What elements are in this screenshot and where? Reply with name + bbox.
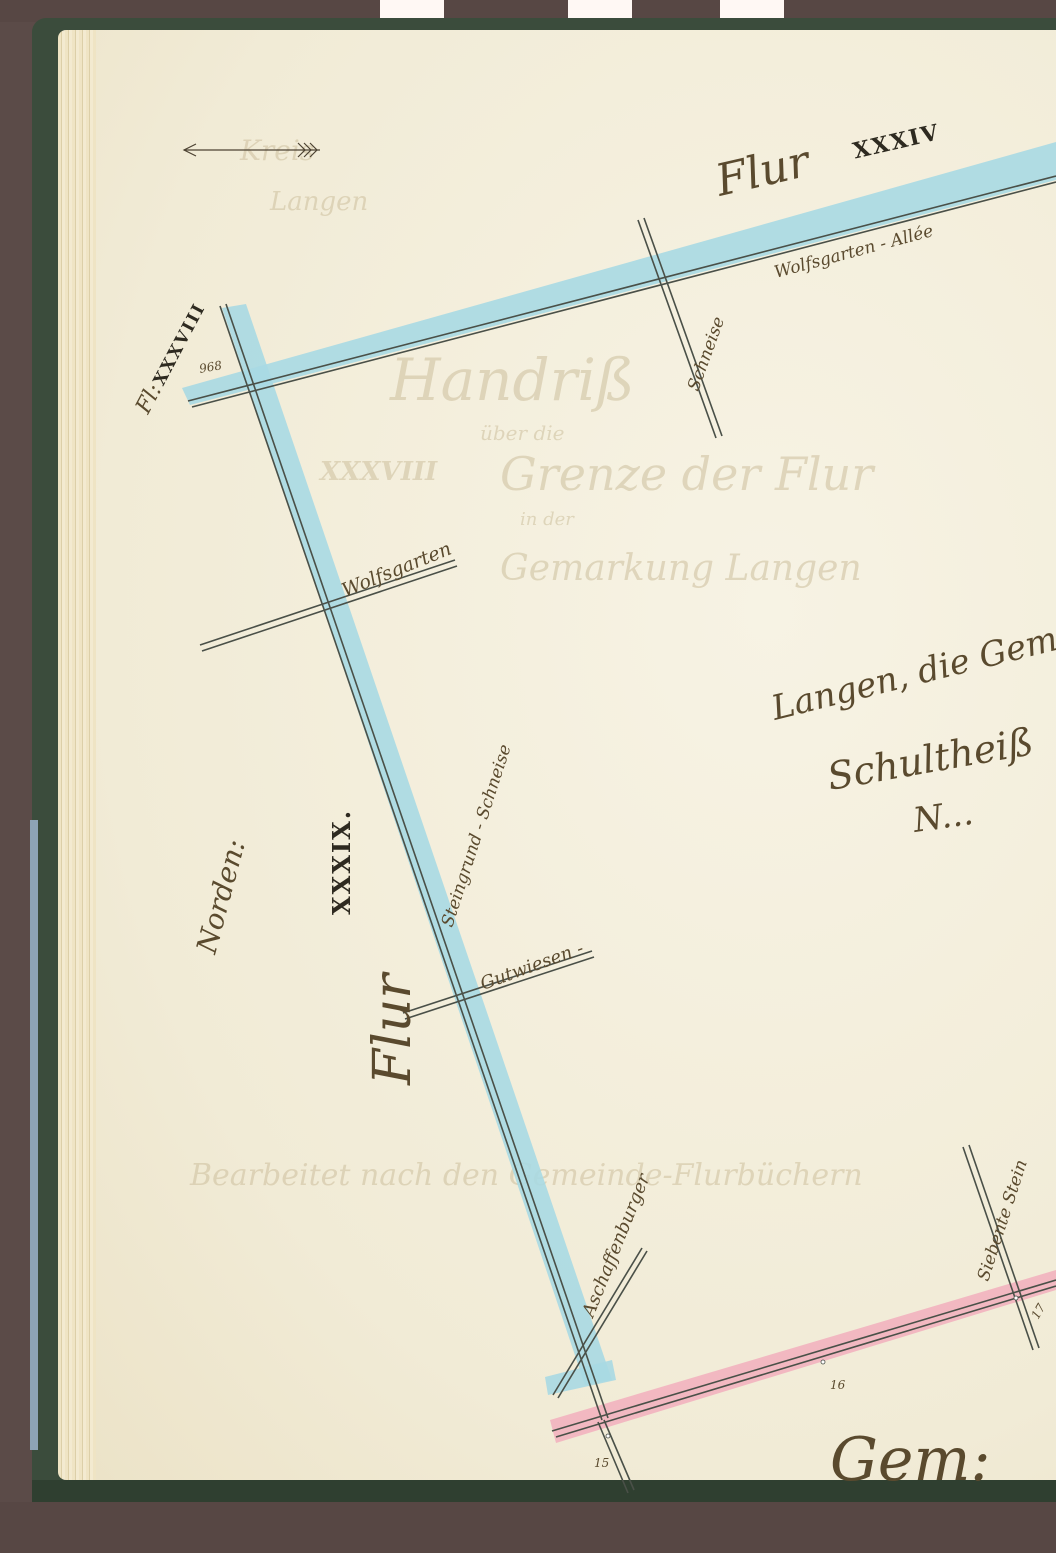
flur-word: Flur <box>363 971 423 1086</box>
road-label: Steingrund - Schneise <box>438 742 516 929</box>
ghost-line: Gemarkung Langen <box>500 548 862 589</box>
boundary-stone-marker <box>1014 1296 1018 1300</box>
ghost-line: Grenze der Flur <box>500 447 876 501</box>
road-label: Gutwiesen - <box>478 938 587 995</box>
signature-line: Langen, die Gem... <box>767 611 1056 729</box>
flur-word: Flur <box>710 135 817 207</box>
gemarkung-label: Gem: <box>830 1425 991 1495</box>
boundary-stone-marker <box>821 1360 825 1364</box>
ghost-line: in der <box>520 509 575 530</box>
flur-number: XXXIX. <box>327 809 356 915</box>
ghost-flur: XXXVIII <box>318 457 438 487</box>
road-label: Wolfsgarten <box>339 538 455 602</box>
north-label: Norden: <box>190 836 252 958</box>
boundary-stone-number: 17 <box>1028 1301 1048 1322</box>
ghost-line: über die <box>480 421 564 445</box>
signature: Langen, die Gem... Schultheiß N... <box>767 611 1056 841</box>
ghost-line: Langen <box>269 187 368 217</box>
boundary-stone-number: 15 <box>594 1456 609 1470</box>
signature-line: Schultheiß <box>824 719 1037 798</box>
boundary-stone-number: 16 <box>830 1378 846 1392</box>
road-label: Schneise <box>684 314 729 394</box>
signature-line: N... <box>910 793 976 841</box>
flur-number: XXXIV <box>851 119 943 164</box>
ghost-title: Handriß <box>389 346 635 414</box>
boundary-stone-marker <box>606 1434 610 1438</box>
parcel-number: 968 <box>198 358 223 376</box>
map-canvas: Handriß über die Grenze der Flur XXXVIII… <box>0 0 1056 1553</box>
